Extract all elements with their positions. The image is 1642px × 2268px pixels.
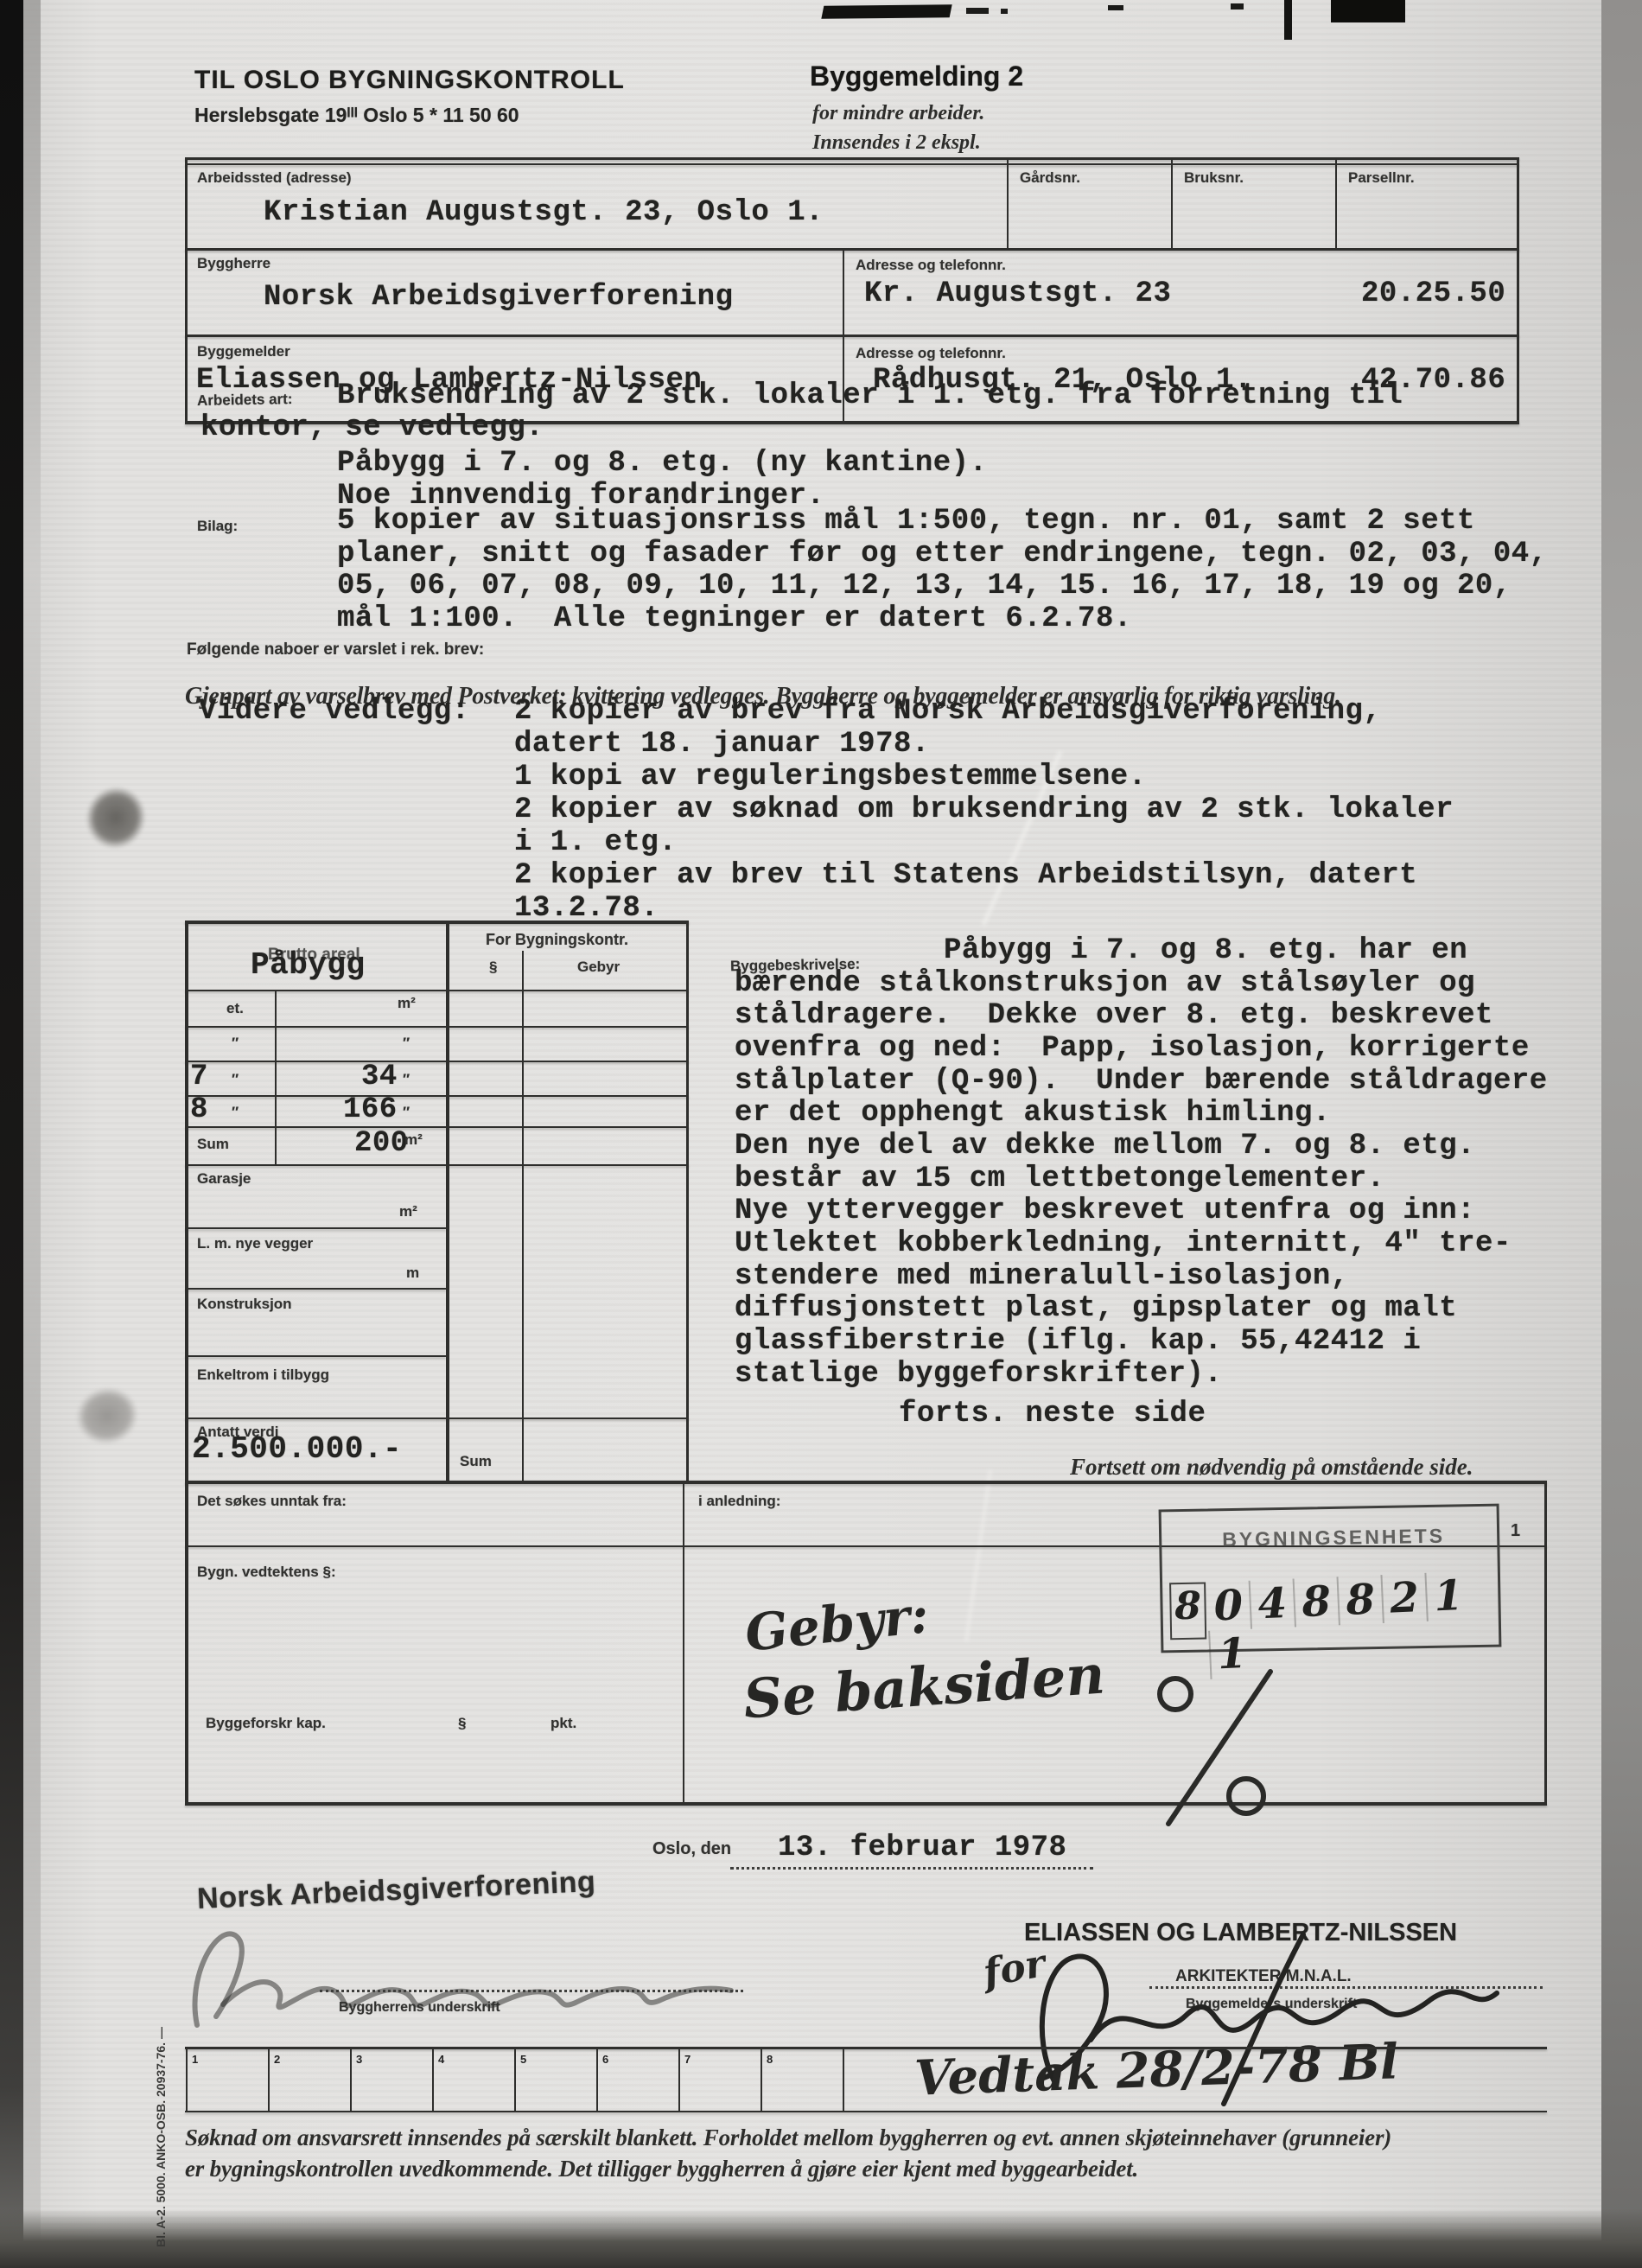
area-l8 [185,1288,446,1290]
forts-neste-side: forts. neste side [899,1398,1206,1431]
section-left-border [185,1481,188,1806]
byggeforskr-par: § [458,1716,466,1732]
neighbors-note: Følgende naboer er varslet i rek. brev: [187,641,484,659]
scan-mark-dash2 [1231,3,1244,10]
scan-left-edge-inner [23,0,41,2268]
sum-unit: m² [404,1132,423,1149]
area-top-line [185,921,689,924]
continue-note: Fortsett om nødvendig på omstående side. [1070,1454,1473,1481]
section-right-border [1544,1481,1547,1806]
byggeforskr-pkt: pkt. [551,1716,576,1732]
recipient-address: Herslebsgate 19ᴵᴵᴵ Oslo 5 * 11 50 60 [194,104,519,127]
ditto-row8-b: ″ [403,1105,410,1121]
footer-row-top [185,2047,1547,2049]
footer-box-num-7: 7 [684,2053,691,2066]
vedlegg-line-4: 2 kopier av søknad om bruksendring av 2 … [514,794,1454,827]
garasje-label: Garasje [197,1171,251,1188]
anledning-label: i anledning: [698,1494,780,1510]
col-parsellnr-line [1335,157,1337,248]
table-top-line-a [185,157,1519,160]
unit-et: et. [226,1001,244,1017]
scanned-form-page: TIL OSLO BYGNINGSKONTROLL Herslebsgate 1… [0,0,1642,2268]
scan-mark-top-bar [821,4,951,19]
dateline-printed: Oslo, den [652,1839,731,1858]
area-l3 [185,1061,689,1062]
col-bruksnr-line [1171,157,1173,248]
table-row1-line [185,248,1519,251]
scan-mark-dot2 [1001,9,1008,14]
handwriting-gebyr: Gebyr: [742,1585,932,1663]
stamp-digit: 1 [1424,1571,1470,1621]
scan-smudge-2 [60,1371,155,1461]
table-right-border [1517,157,1519,424]
section-mid-border [683,1481,684,1806]
work-line-2: kontor, se vedlegg. [200,412,544,445]
footer-box-v8 [843,2049,844,2111]
footer-box-v6 [678,2049,680,2111]
area7-value: 34 [361,1061,398,1094]
stamp-title: BYGNINGSENHETS [1222,1525,1445,1551]
stamp-digit: 0 [1206,1581,1251,1631]
ditto-row7-b: ″ [403,1072,410,1088]
vegger-unit: m [406,1265,419,1282]
byggherre-signature [181,1914,752,2035]
footer-row-bottom [185,2111,1547,2112]
vegger-label: L. m. nye vegger [197,1236,313,1252]
description-line-6: er det opphengt akustisk himling. [735,1098,1331,1131]
vedlegg-line-5: i 1. etg. [514,827,677,860]
vedlegg-line-6: 2 kopier av brev til Statens Arbeidstils… [514,860,1417,893]
area-l2 [185,1026,689,1028]
konstruksjon-label: Konstruksjon [197,1296,292,1313]
footer-box-v3 [432,2049,434,2111]
stamp-prefix: 8 [1169,1583,1206,1640]
bilag-line-1: 5 kopier av situasjonsriss mål 1:500, te… [337,506,1475,538]
floor7-value: 7 [190,1061,208,1094]
footer-legal-line1: Søknad om ansvarsrett innsendes på særsk… [185,2125,1391,2151]
footer-box-num-3: 3 [356,2053,362,2066]
description-line-11: stendere med mineralull-isolasjon, [735,1261,1349,1294]
right-sum-label: Sum [460,1454,492,1470]
description-line-9: Nye yttervegger beskrevet utenfra og inn… [735,1195,1475,1228]
area8-value: 166 [343,1094,398,1127]
footer-box-v7 [761,2049,762,2111]
section-top-line [185,1481,1547,1484]
footer-box-num-8: 8 [767,2053,773,2066]
work-line-3: Påbygg i 7. og 8. etg. (ny kantine). [337,448,988,481]
scan-mark-corner [1331,0,1405,22]
bruksnr-header: Bruksnr. [1184,170,1244,187]
parsellnr-header: Parsellnr. [1348,170,1415,187]
table-left-border [185,157,188,424]
garasje-unit: m² [399,1204,417,1220]
unit-m2-header: m² [398,996,416,1012]
ditto-row2-b: ″ [403,1035,410,1052]
bilag-line-4: mål 1:100. Alle tegninger er datert 6.2.… [337,603,1132,636]
vedtekt-label: Bygn. vedtektens §: [197,1564,336,1581]
stamp-digit: 2 [1380,1573,1426,1623]
byggherre-addr-value: Kr. Augustsgt. 23 [864,278,1171,311]
scan-smudge-1 [66,767,166,869]
col-gaardsnr-line [1007,157,1009,248]
footer-box-num-1: 1 [192,2053,198,2066]
work-type-label: Arbeidets art: [197,392,293,410]
bygningsenhets-stamp: BYGNINGSENHETS 8 0488211 [1159,1504,1502,1653]
stamp-digit: 4 [1249,1579,1295,1629]
area-l9 [185,1355,446,1357]
bilag-label: Bilag: [197,519,238,535]
bilag-line-2: planer, snitt og fasader før og etter en… [337,538,1548,571]
stamp-side-mark: 1 [1511,1521,1520,1540]
description-line-2: bærende stålkonstruksjon av stålsøyler o… [735,968,1475,1001]
area-left-border [185,921,188,1481]
area-l5 [185,1126,689,1128]
description-line-10: Utlektet kobberkledning, internitt, 4" t… [735,1228,1512,1261]
footer-box-num-6: 6 [602,2053,608,2066]
area-l10 [185,1417,689,1419]
area-l7 [185,1227,446,1229]
description-line-7: Den nye del av dekke mellom 7. og 8. etg… [735,1131,1475,1163]
paabygg-typed: Påbygg [251,949,366,982]
footer-legal-line2: er bygningskontrollen uvedkommende. Det … [185,2156,1138,2182]
description-line-3: ståldragere. Dekke over 8. etg. beskreve… [735,1000,1493,1033]
footer-box-v1 [268,2049,270,2111]
handwriting-percent [1149,1660,1296,1832]
area-l4 [185,1095,689,1097]
floor8-value: 8 [190,1094,208,1127]
form-subtitle-2: Innsendes i 2 ekspl. [812,131,981,155]
ditto-row7-a: ″ [232,1072,239,1088]
scan-bottom-band [0,2209,1642,2268]
byggemelder-addr-label: Adresse og telefonnr. [856,346,1006,362]
table-row2-line [185,334,1519,337]
byggherre-addr-label: Adresse og telefonnr. [856,258,1006,274]
footer-box-v0 [186,2049,188,2111]
sum-label: Sum [197,1137,229,1153]
gaardsnr-header: Gårdsnr. [1020,170,1080,187]
area-l1 [185,990,689,991]
paragraph-col-header: § [489,959,497,976]
footer-box-num-4: 4 [438,2053,444,2066]
scan-mark-dash1 [1108,5,1123,10]
description-line-12: diffusjonstett plast, gipsplater og malt [735,1293,1457,1326]
byggeforskr-label: Byggeforskr kap. [206,1716,326,1732]
byggherre-phone: 20.25.50 [1361,278,1505,311]
ditto-row8-a: ″ [232,1105,239,1121]
byggherre-value: Norsk Arbeidsgiverforening [264,282,734,315]
byggherre-label: Byggherre [197,256,270,272]
footer-box-v2 [350,2049,352,2111]
table-top-line-b [185,163,1519,165]
form-subtitle-1: for mindre arbeider. [812,102,984,125]
footer-box-num-2: 2 [274,2053,280,2066]
work-line-1: Bruksendring av 2 stk. lokaler i 1. etg.… [337,380,1403,413]
description-line-4: ovenfra og ned: Papp, isolasjon, korrige… [735,1033,1530,1066]
area-right-border [686,921,689,1481]
description-line-13: glassfiberstrie (iflg. kap. 55,42412 i [735,1326,1421,1359]
scan-left-edge [0,0,23,2268]
for-bygningskontr-header: For Bygningskontr. [486,932,628,949]
unntak-label: Det søkes unntak fra: [197,1494,347,1510]
description-line-8: består av 15 cm lettbetongelementer. [735,1163,1385,1196]
scan-mark-dots [966,8,989,14]
verdi-value: 2.500.000.- [192,1433,402,1466]
margin-imprint: Bl. A-2. 5000. ANKO-OSB. 20937-76. — [154,1988,168,2247]
section-bottom-line [185,1802,1547,1806]
vedlegg-line-2: datert 18. januar 1978. [514,729,930,761]
ditto-row2-a: ″ [232,1035,239,1052]
recipient-title: TIL OSLO BYGNINGSKONTROLL [194,66,625,95]
scan-mark-tick [1284,0,1292,40]
vedlegg-intro: Videre vedlegg: [199,696,470,729]
vedlegg-line-1: 2 kopier av brev fra Norsk Arbeidsgiverf… [514,696,1381,729]
site-address-label: Arbeidssted (adresse) [197,170,352,187]
stamp-digit: 8 [1337,1575,1383,1625]
vedlegg-line-3: 1 kopi av reguleringsbestemmelsene. [514,761,1147,794]
site-address-value: Kristian Augustsgt. 23, Oslo 1. [264,197,824,230]
footer-box-num-5: 5 [520,2053,526,2066]
bilag-line-3: 05, 06, 07, 08, 09, 10, 11, 12, 13, 14, … [337,570,1512,603]
scan-right-edge [1601,0,1642,2268]
form-title: Byggemelding 2 [810,61,1023,92]
dateline-dotted [730,1867,1093,1870]
description-line-1: Påbygg i 7. og 8. etg. har en [944,935,1467,968]
enkeltrom-label: Enkeltrom i tilbygg [197,1367,329,1384]
area-gebyr-divider [522,951,524,1481]
dateline-typed: 13. februar 1978 [778,1832,1066,1865]
footer-box-v5 [596,2049,598,2111]
area-l6 [185,1164,689,1166]
area-floor-divider [275,990,277,1164]
byggemelder-label: Byggemelder [197,344,290,360]
sum-value: 200 [354,1128,409,1161]
stamp-digit: 8 [1293,1577,1339,1627]
byggherre-stamp-text: Norsk Arbeidsgiverforening [196,1865,596,1916]
area-mid-border [446,921,449,1481]
byggherre-signature-caption: Byggherrens underskrift [339,2000,500,2016]
footer-box-v4 [514,2049,516,2111]
description-line-14: statlige byggeforskrifter). [735,1359,1222,1392]
scan-scratch-2 [964,1470,992,1642]
description-line-5: stålplater (Q-90). Under bærende ståldra… [735,1066,1548,1099]
byggherre-signature-line [320,1990,743,1992]
gebyr-col-header: Gebyr [577,959,620,976]
